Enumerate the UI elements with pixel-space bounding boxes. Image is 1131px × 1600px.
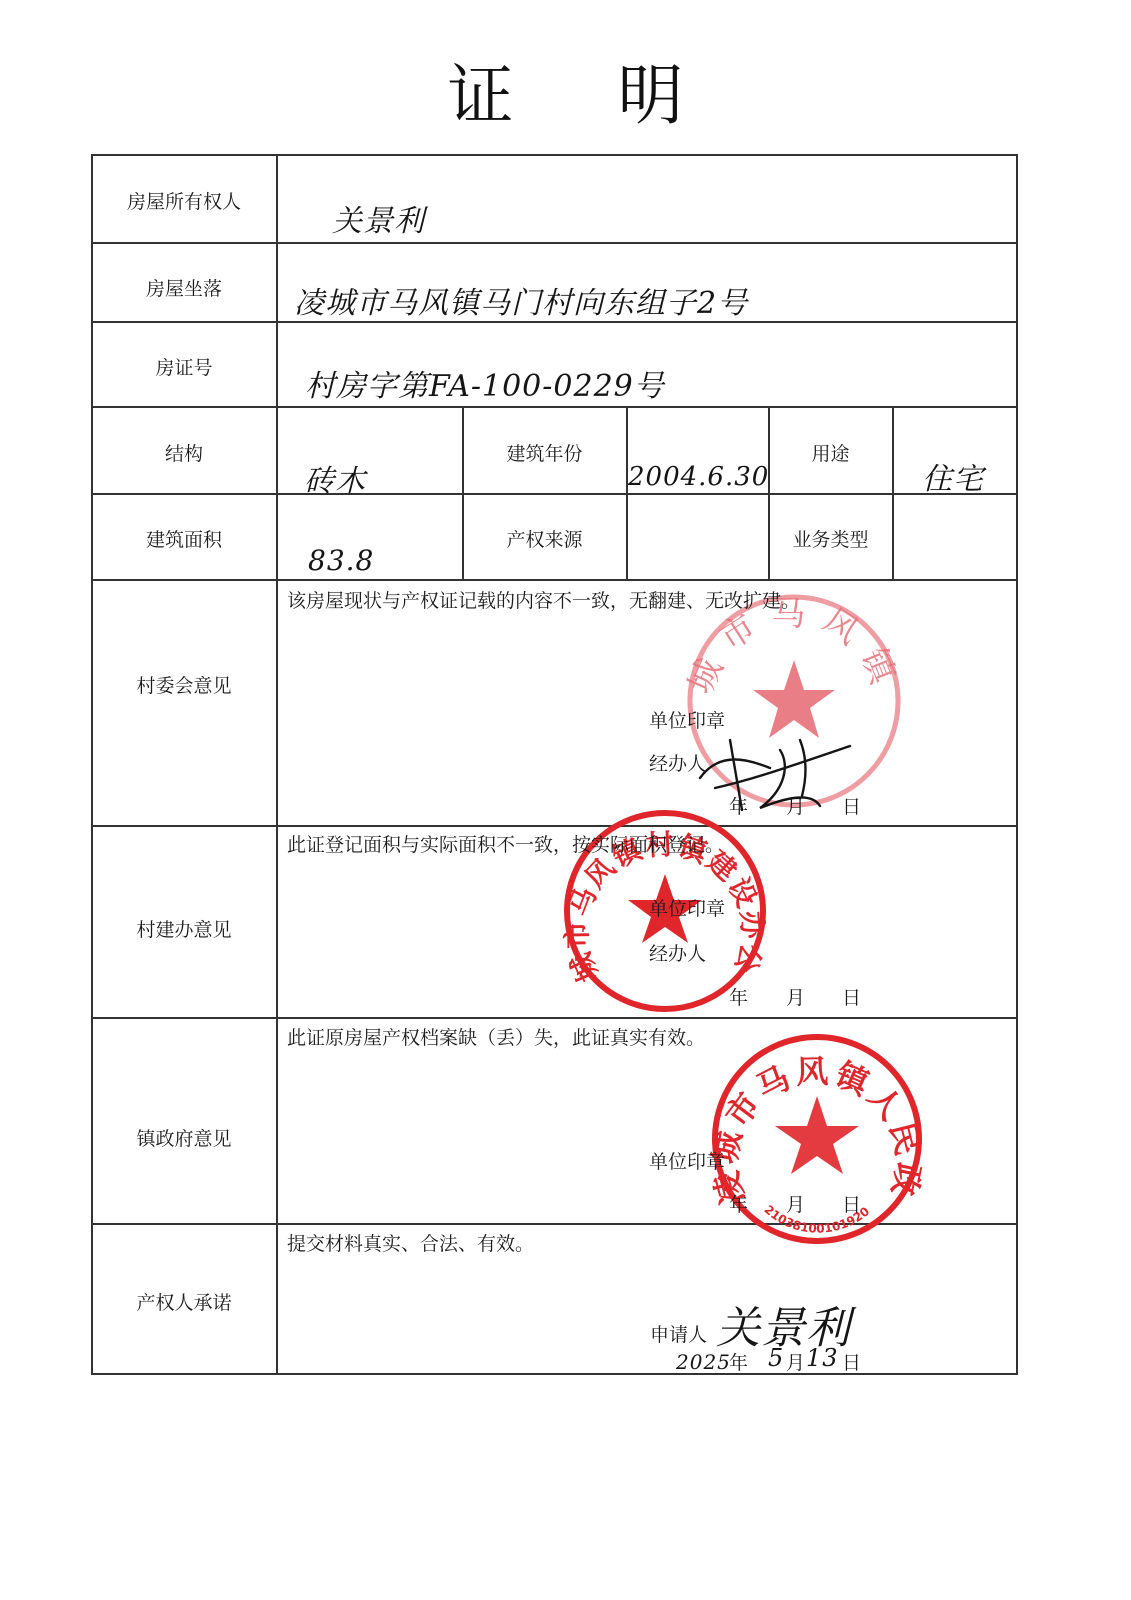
town-government-date-year: 年 xyxy=(729,1190,748,1217)
commitment-date-year: 年 xyxy=(729,1348,748,1375)
village-construction-office-date-month: 月 xyxy=(786,983,805,1010)
commitment-date-day: 日 xyxy=(842,1348,861,1375)
commitment-date-year-value: 2025 xyxy=(676,1350,731,1374)
certificate-no-value: 村房字第FA-100-0229号 xyxy=(305,361,665,405)
village-construction-office-date-year: 年 xyxy=(729,983,748,1010)
build-year-value: 2004.6.30 xyxy=(628,462,769,492)
svg-text:凌城市马风镇人民政府: 凌城市马风镇人民政府 xyxy=(690,1000,928,1208)
town-government-opinion: 此证原房屋产权档案缺（丢）失，此证真实有效。 xyxy=(287,1023,705,1050)
build-year-label: 建筑年份 xyxy=(463,439,626,466)
village-construction-office-label: 村建办意见 xyxy=(92,915,276,942)
usage-value: 住宅 xyxy=(922,454,984,498)
applicant-label: 申请人 xyxy=(650,1320,707,1347)
village-committee-label: 村委会意见 xyxy=(92,671,276,698)
village-committee-opinion: 该房屋现状与产权证记载的内容不一致，无翻建、无改扩建。 xyxy=(287,586,800,613)
commitment-date-day-value: 13 xyxy=(806,1344,839,1372)
village-construction-office-opinion: 此证登记面积与实际面积不一致，按实际面积登记。 xyxy=(287,830,724,857)
handler-signature xyxy=(690,710,860,820)
area-value: 83.8 xyxy=(308,544,374,577)
business-type-label: 业务类型 xyxy=(769,525,892,552)
location-label: 房屋坐落 xyxy=(92,274,276,301)
usage-label: 用途 xyxy=(769,439,892,466)
town-government-date-month: 月 xyxy=(786,1190,805,1217)
certificate-no-label: 房证号 xyxy=(92,353,276,380)
commitment-date-month: 月 xyxy=(786,1348,805,1375)
village-construction-office-seal-label: 单位印章 xyxy=(649,894,725,921)
town-government-date-day: 日 xyxy=(842,1190,861,1217)
owner-value: 关景利 xyxy=(332,196,425,240)
location-value: 凌城市马风镇马门村向东组子2号 xyxy=(294,278,748,322)
ownership-source-label: 产权来源 xyxy=(463,525,626,552)
owner-commitment-label: 产权人承诺 xyxy=(92,1288,276,1315)
owner-commitment-text: 提交材料真实、合法、有效。 xyxy=(287,1229,534,1256)
town-government-seal-label: 单位印章 xyxy=(649,1147,725,1174)
owner-label: 房屋所有权人 xyxy=(92,187,276,214)
structure-value: 砖木 xyxy=(304,456,366,500)
village-construction-office-handler-label: 经办人 xyxy=(649,939,706,966)
village-construction-office-date-day: 日 xyxy=(842,983,861,1010)
form-table xyxy=(0,0,1131,1600)
commitment-date-month-value: 5 xyxy=(768,1344,784,1372)
structure-label: 结构 xyxy=(92,439,276,466)
town-government-label: 镇政府意见 xyxy=(92,1124,276,1151)
area-label: 建筑面积 xyxy=(92,525,276,552)
